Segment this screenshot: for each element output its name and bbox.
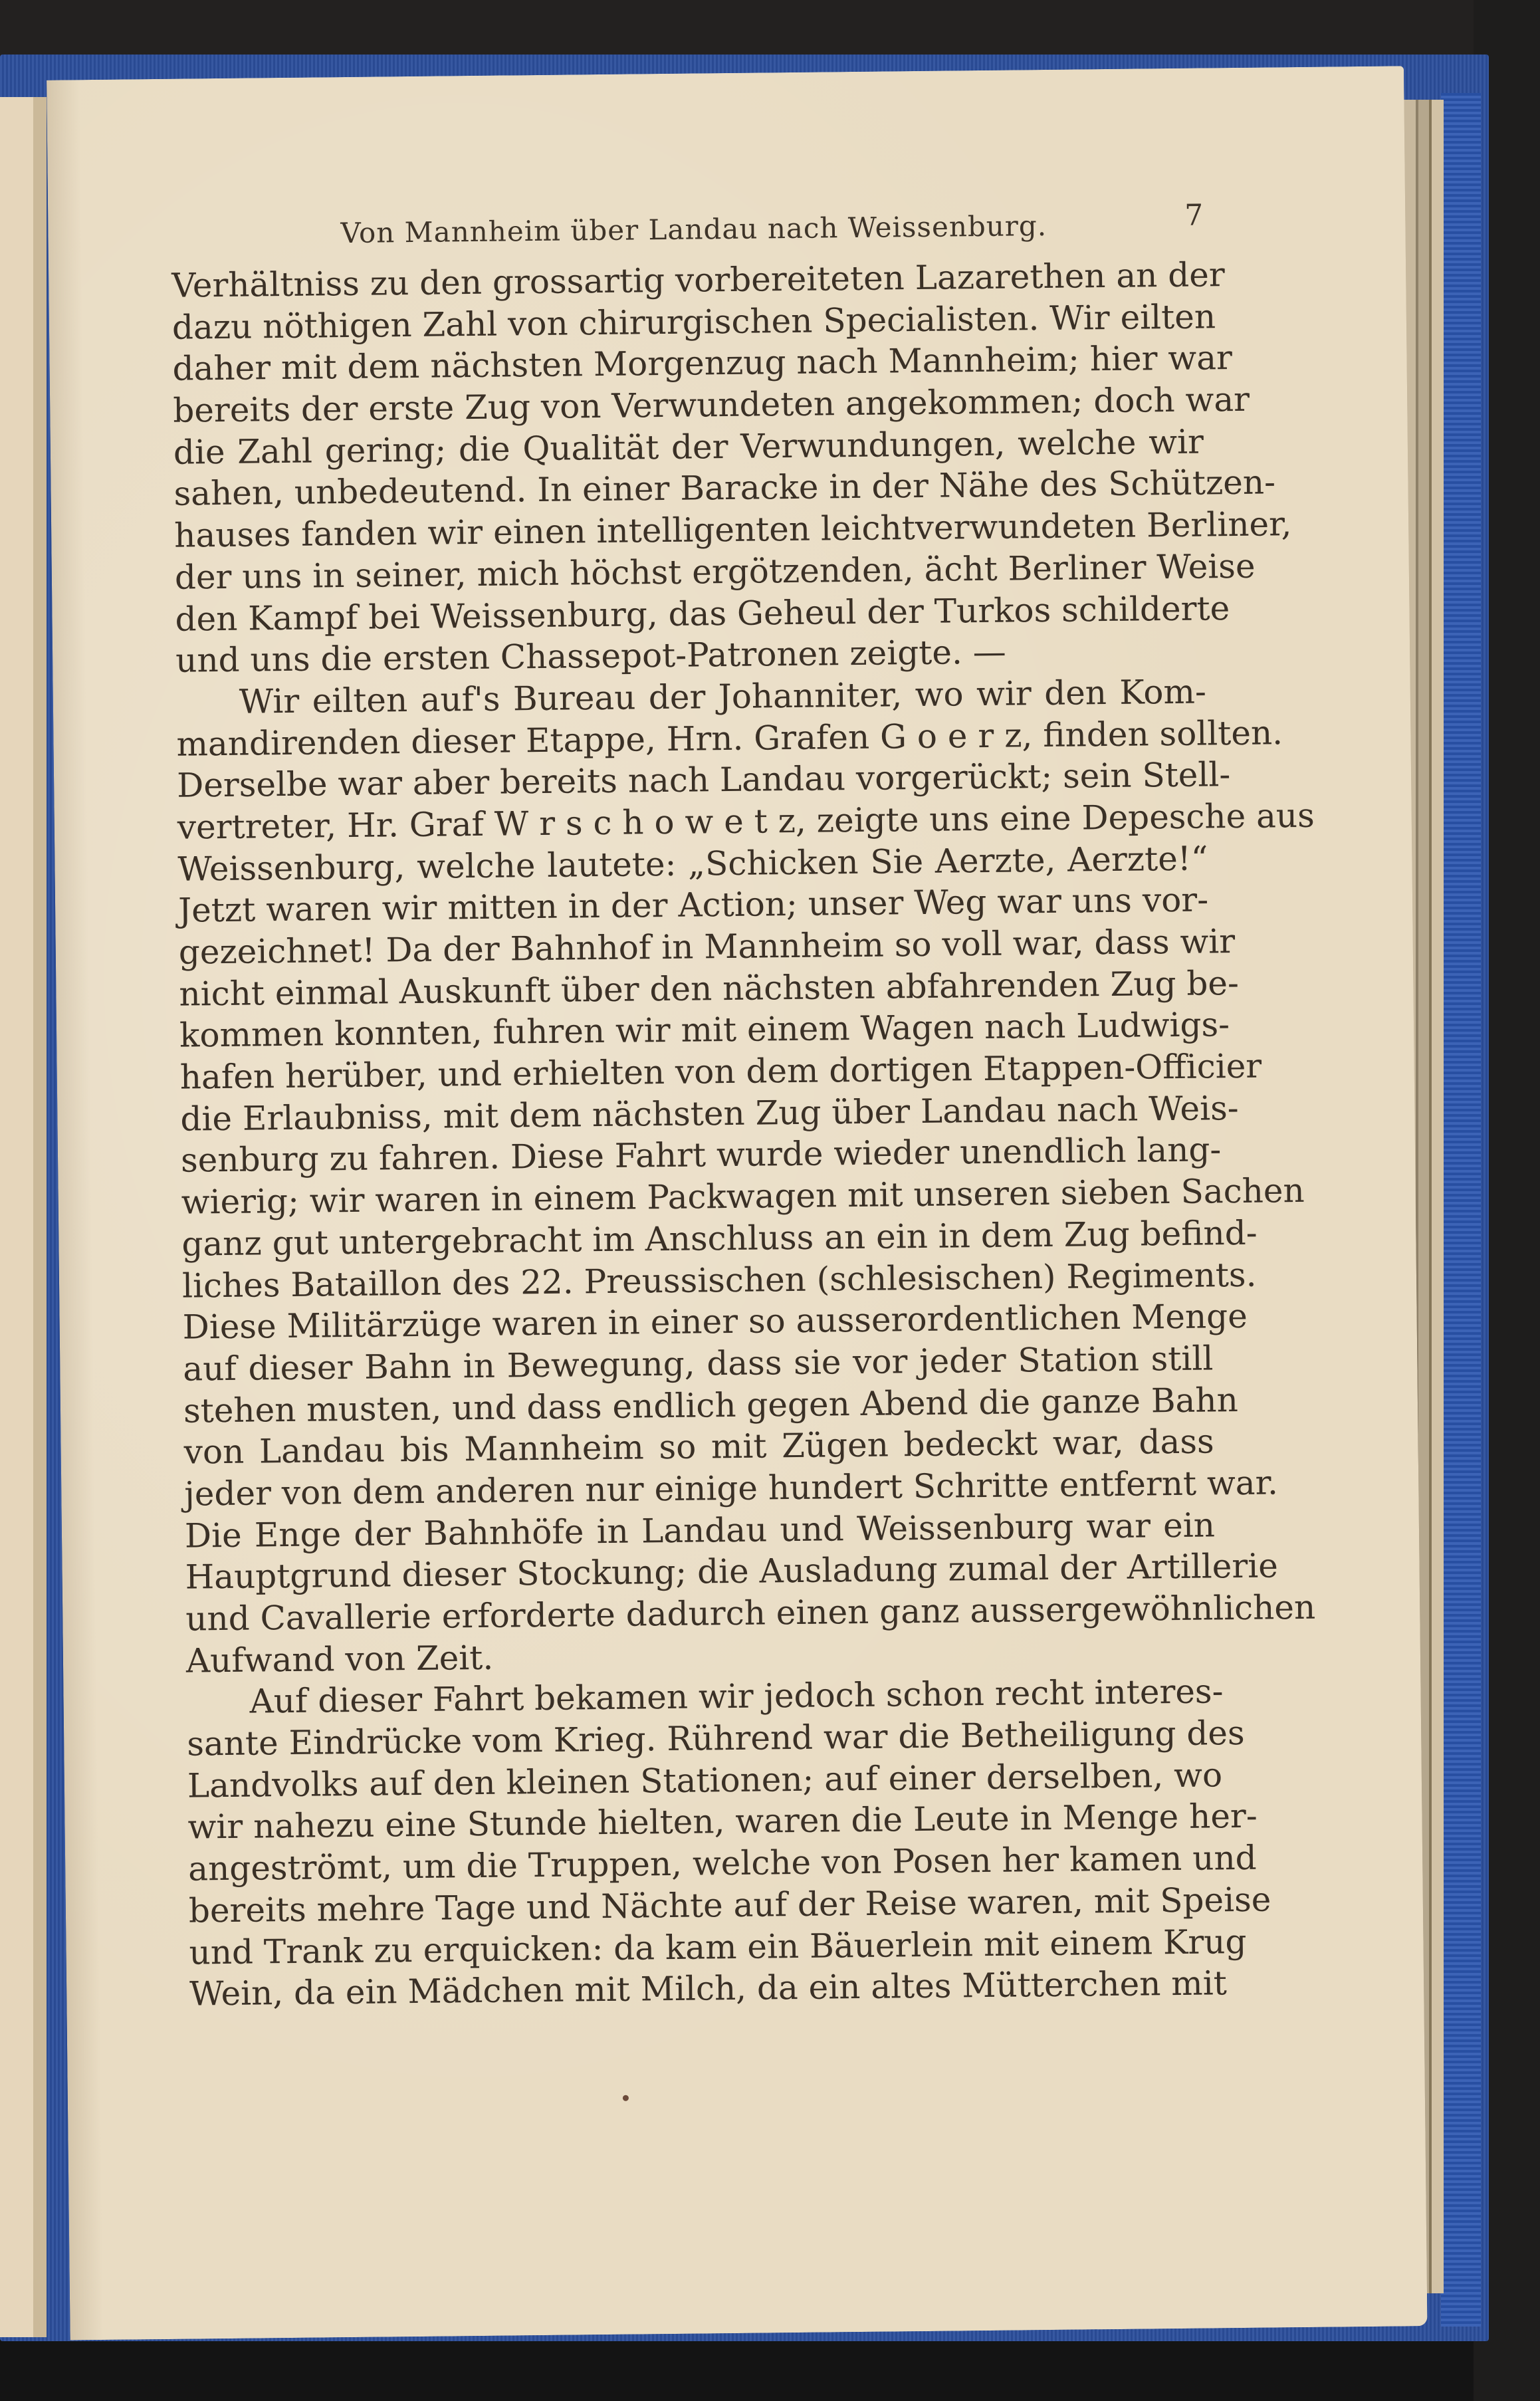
scan-backdrop-top: [0, 0, 1540, 60]
book-page: Von Mannheim über Landau nach Weissenbur…: [47, 66, 1427, 2340]
book-cover-edge: [1441, 93, 1481, 2327]
paper-speck: [623, 2095, 629, 2101]
facing-page-edge: [0, 97, 47, 2337]
page-number: 7: [1184, 198, 1204, 232]
running-head: Von Mannheim über Landau nach Weissenbur…: [340, 209, 1047, 249]
body-text: Verhältniss zu den grossartig vorbereite…: [171, 255, 1220, 2015]
